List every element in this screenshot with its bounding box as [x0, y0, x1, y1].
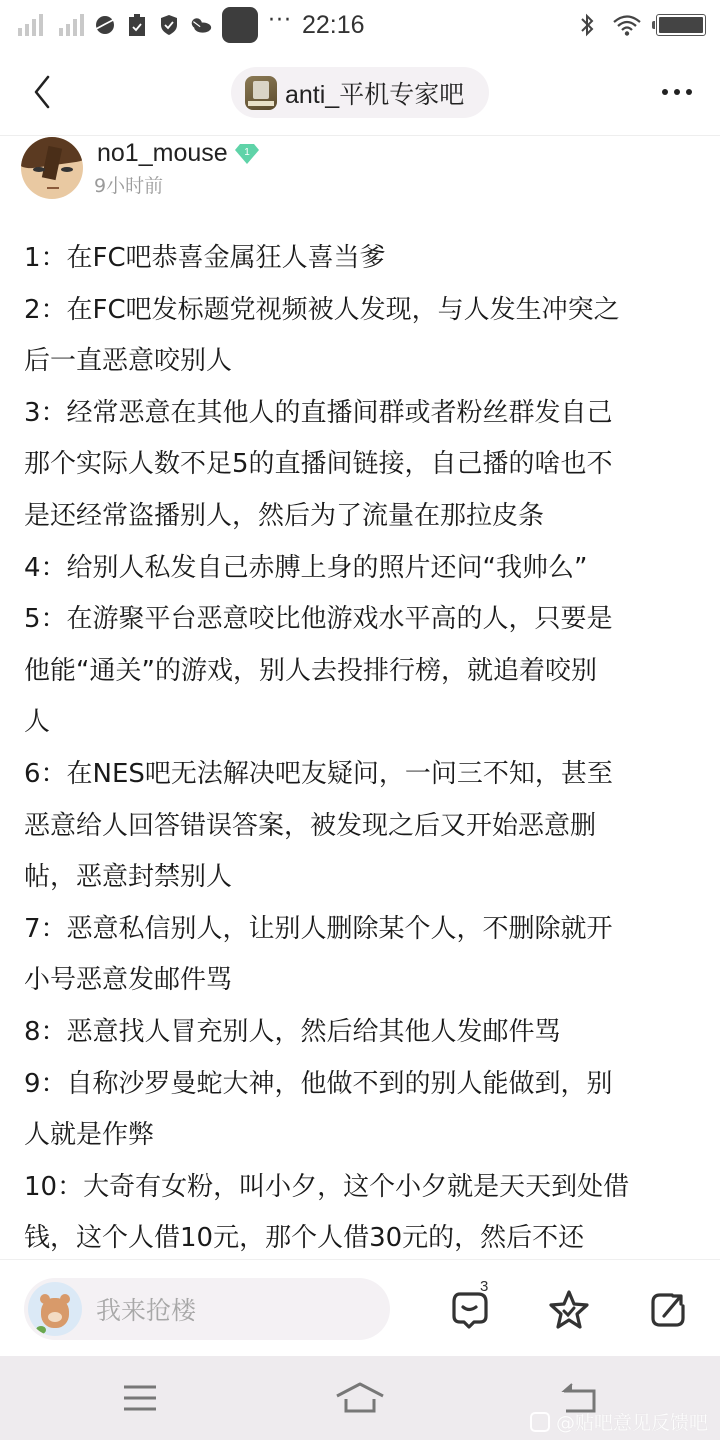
post-line: 6：在NES吧无法解决吧友疑问，一问三不知，甚至	[24, 749, 700, 801]
favorite-button[interactable]	[547, 1288, 591, 1332]
more-dot	[686, 89, 692, 95]
post-line: 9：自称沙罗曼蛇大神，他做不到的别人能做到，别	[24, 1059, 700, 1111]
bear-leaf	[36, 1326, 46, 1334]
username-row: no1_mouse 1	[97, 139, 260, 168]
post-line: 5：在游聚平台恶意咬比他游戏水平高的人，只要是	[24, 594, 700, 646]
post-line: 小号恶意发邮件骂	[24, 955, 700, 1007]
home-button[interactable]	[330, 1376, 390, 1420]
weather-cloud-icon	[190, 14, 212, 36]
watermark: @贴吧意见反馈吧	[530, 1408, 708, 1435]
status-bar: ··· 22:16	[0, 0, 720, 50]
menu-icon	[122, 1384, 158, 1412]
signal-sim1-icon	[18, 14, 43, 36]
bear-avatar-icon	[28, 1282, 82, 1336]
status-right-icons	[576, 14, 706, 36]
forum-link[interactable]: anti_平机专家吧	[231, 67, 489, 118]
avatar-mouth	[47, 187, 59, 189]
clock: 22:16	[302, 11, 365, 40]
battery-icon	[656, 14, 706, 36]
post-line: 8：恶意找人冒充别人，然后给其他人发邮件骂	[24, 1007, 700, 1059]
forum-avatar	[245, 76, 277, 110]
post-line: 是还经常盗播别人，然后为了流量在那拉皮条	[24, 491, 700, 543]
chevron-left-icon	[32, 75, 52, 109]
post-line: 钱，这个人借10元，那个人借30元的，然后不还	[24, 1213, 700, 1265]
post-line: 4：给别人私发自己赤膊上身的照片还问“我帅么”	[24, 543, 700, 595]
post-line: 1：在FC吧恭喜金属狂人喜当爹	[24, 233, 700, 285]
post-content: 1：在FC吧恭喜金属狂人喜当爹 2：在FC吧发标题党视频被人发现，与人发生冲突之…	[24, 233, 700, 1265]
svg-text:1: 1	[244, 147, 250, 158]
more-options-button[interactable]	[652, 72, 702, 112]
post-line: 帖，恶意封禁别人	[24, 852, 700, 904]
post-time: 9小时前	[94, 171, 163, 198]
post-line: 人	[24, 697, 700, 749]
menu-button[interactable]	[110, 1376, 170, 1420]
forum-name: anti_平机专家吧	[285, 75, 464, 111]
status-left-icons: ··· 22:16	[18, 7, 365, 43]
post-line: 恶意给人回答错误答案，被发现之后又开始恶意删	[24, 801, 700, 853]
more-notifications-icon: ···	[268, 10, 292, 32]
more-horizontal-icon	[662, 89, 668, 95]
post-line: 2：在FC吧发标题党视频被人发现，与人发生冲突之	[24, 285, 700, 337]
app-square-icon	[222, 7, 258, 43]
reply-input[interactable]: 我来抢楼	[24, 1278, 390, 1340]
post-line: 人就是作弊	[24, 1110, 700, 1162]
wifi-icon	[612, 14, 642, 36]
post-line: 后一直恶意咬别人	[24, 336, 700, 388]
avatar[interactable]	[21, 137, 83, 199]
post-line: 10：大奇有女粉，叫小夕，这个小夕就是天天到处借	[24, 1162, 700, 1214]
post-line: 7：恶意私信别人，让别人删除某个人，不删除就开	[24, 904, 700, 956]
star-favorite-icon	[547, 1288, 591, 1332]
bluetooth-icon	[576, 14, 598, 36]
level-badge: 1	[234, 142, 260, 166]
post-line: 他能“通关”的游戏，别人去投排行榜，就追着咬别	[24, 646, 700, 698]
bottom-action-bar: 我来抢楼 3	[0, 1259, 720, 1356]
avatar-eye	[61, 167, 73, 172]
clipboard-check-icon	[126, 14, 148, 36]
post-header: no1_mouse 1 9小时前	[0, 137, 720, 207]
browser-planet-icon	[94, 14, 116, 36]
home-icon	[335, 1382, 385, 1414]
avatar-eye	[33, 167, 45, 172]
watermark-text: @贴吧意见反馈吧	[556, 1408, 708, 1435]
share-button[interactable]	[646, 1288, 690, 1332]
reply-placeholder: 我来抢楼	[96, 1291, 196, 1327]
username[interactable]: no1_mouse	[97, 139, 228, 168]
post-line: 3：经常恶意在其他人的直播间群或者粉丝群发自己	[24, 388, 700, 440]
system-nav-bar: @贴吧意见反馈吧	[0, 1356, 720, 1440]
diamond-level-icon: 1	[234, 142, 260, 166]
share-icon	[646, 1288, 690, 1332]
back-button[interactable]	[22, 68, 62, 116]
shield-check-icon	[158, 14, 180, 36]
comment-count-badge: 3	[480, 1278, 488, 1295]
more-dot	[674, 89, 680, 95]
post-line: 那个实际人数不足5的直播间链接，自己播的啥也不	[24, 439, 700, 491]
bear-snout	[48, 1312, 62, 1322]
top-nav-bar: anti_平机专家吧	[0, 50, 720, 136]
signal-sim2-icon	[59, 14, 84, 36]
tieba-logo-icon	[530, 1412, 550, 1432]
